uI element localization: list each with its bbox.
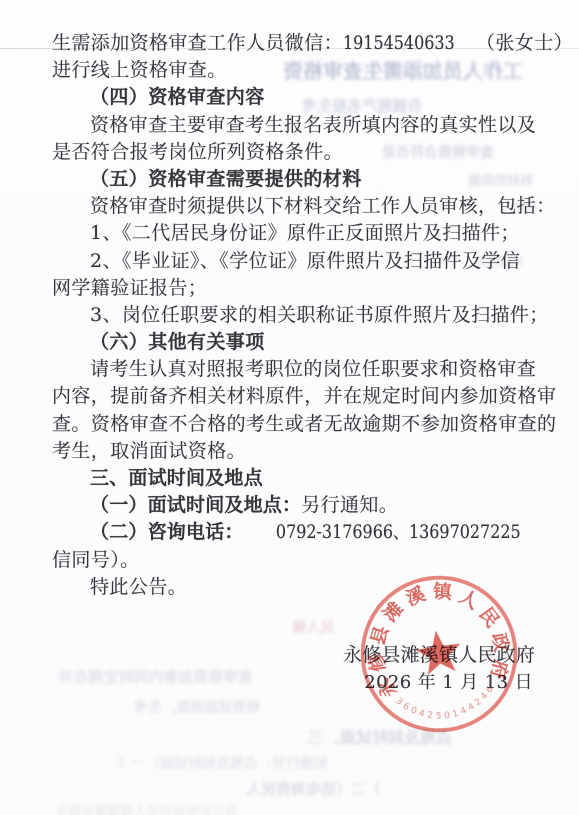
doc-text: 3、岗位任职要求的相关职称证书原件照片及扫描件；: [90, 304, 549, 326]
doc-heading-text: （二）咨询电话：: [90, 521, 244, 543]
doc-line: （二）咨询电话：0792-3176966、13697027225 张女士（微: [52, 519, 544, 546]
doc-text: 资格审查时须提供以下材料交给工作人员审核，包括：: [90, 195, 556, 217]
bleed-through-text: 格资试面消取，生考: [134, 697, 260, 717]
doc-text: 1、《二代居民身份证》原件正反面照片及扫描件；: [90, 222, 520, 244]
doc-text: 2、《毕业证》、《学位证》原件照片及扫描件及学信: [90, 250, 520, 272]
bleed-through-text: ）二（话电询咨民人: [246, 778, 381, 799]
doc-text: 生需添加资格审查工作人员微信：: [52, 32, 343, 54]
doc-line: （四）资格审查内容: [52, 84, 544, 111]
doc-line: 资格审查时须提供以下材料交给工作人员审核，包括：: [52, 193, 544, 220]
doc-text: 内容，提前备齐相关材料原件，并在规定时间内参加资格审: [52, 385, 556, 407]
doc-line: 请考生认真对照报考职位的岗位任职要求和资格审查: [52, 356, 544, 383]
doc-line: 网学籍验证报告；: [52, 275, 544, 302]
doc-line: 资格审查主要审查考生报名表所填内容的真实性以及: [52, 112, 544, 139]
doc-text: 进行线上资格审查。: [52, 59, 227, 81]
doc-line: （一）面试时间及地点：另行通知。: [52, 492, 544, 519]
doc-line: 生需添加资格审查工作人员微信：19154540633（张女士）: [52, 30, 544, 57]
doc-line: （六）其他有关事项: [52, 329, 544, 356]
doc-heading-text: （六）其他有关事项: [90, 331, 265, 353]
doc-line: 2、《毕业证》、《学位证》原件照片及扫描件及学信: [52, 248, 544, 275]
doc-text: 网学籍验证报告；: [52, 277, 207, 299]
doc-text: 信同号）。: [52, 549, 140, 571]
doc-text: 19154540633: [343, 30, 455, 57]
doc-line: 进行线上资格审查。: [52, 57, 544, 84]
doc-heading-text: 三、面试时间及地点: [90, 467, 263, 489]
doc-text: 考生，取消面试资格。: [52, 440, 246, 462]
doc-text: 是否符合报考岗位所列资格条件。: [52, 141, 343, 163]
bleed-through-text: 知通行另：点地及间时试面）一（: [118, 753, 328, 773]
doc-line: 内容，提前备齐相关材料原件，并在规定时间内参加资格审: [52, 383, 544, 410]
doc-line: 是否符合报考岗位所列资格条件。: [52, 139, 544, 166]
seal-star-icon: [413, 627, 463, 676]
doc-heading-text: （四）资格审查内容: [90, 86, 265, 108]
bleed-through-text: 民人镇: [292, 617, 334, 637]
doc-text: 查。资格审查不合格的考生或者无故逾期不参加资格审查的: [52, 413, 556, 435]
doc-line: 1、《二代居民身份证》原件正反面照片及扫描件；: [52, 220, 544, 247]
doc-text: 另行通知。: [301, 494, 398, 516]
doc-text: 资格审查主要审查考生报名表所填内容的真实性以及: [90, 114, 536, 136]
scanned-document-page: 工作人员加添需生查审格资告圆班产名报生考查审格资合符否是料材的供提括包件描扫及民…: [0, 0, 579, 815]
doc-heading-text: （一）面试时间及地点：: [90, 494, 301, 516]
official-seal: 永修县滩溪镇人民政府 3604250144246: [342, 557, 536, 751]
doc-text: 0792-3176966、13697027225: [244, 519, 521, 546]
doc-line: 三、面试时间及地点: [52, 465, 544, 492]
doc-line: 3、岗位任职要求的相关职称证书原件照片及扫描件；: [52, 302, 544, 329]
seal-code: 3604250144246: [393, 683, 500, 728]
doc-text: （张女士）: [476, 32, 573, 54]
bleed-through-text: 查审格资加参内间时定规在并: [58, 666, 253, 687]
doc-text: 张女士（微: [573, 521, 579, 543]
doc-text: 特此公告。: [90, 576, 187, 598]
bleed-through-text: 告公此特府政民人镇溪滩县修永: [55, 801, 237, 815]
document-body: 生需添加资格审查工作人员微信：19154540633（张女士）进行线上资格审查。…: [52, 30, 544, 601]
doc-heading-text: （五）资格审查需要提供的材料: [90, 168, 362, 190]
doc-text: 请考生认真对照报考职位的岗位任职要求和资格审查: [90, 358, 536, 380]
doc-line: 考生，取消面试资格。: [52, 438, 544, 465]
doc-line: （五）资格审查需要提供的材料: [52, 166, 544, 193]
doc-line: 查。资格审查不合格的考生或者无故逾期不参加资格审查的: [52, 411, 544, 438]
